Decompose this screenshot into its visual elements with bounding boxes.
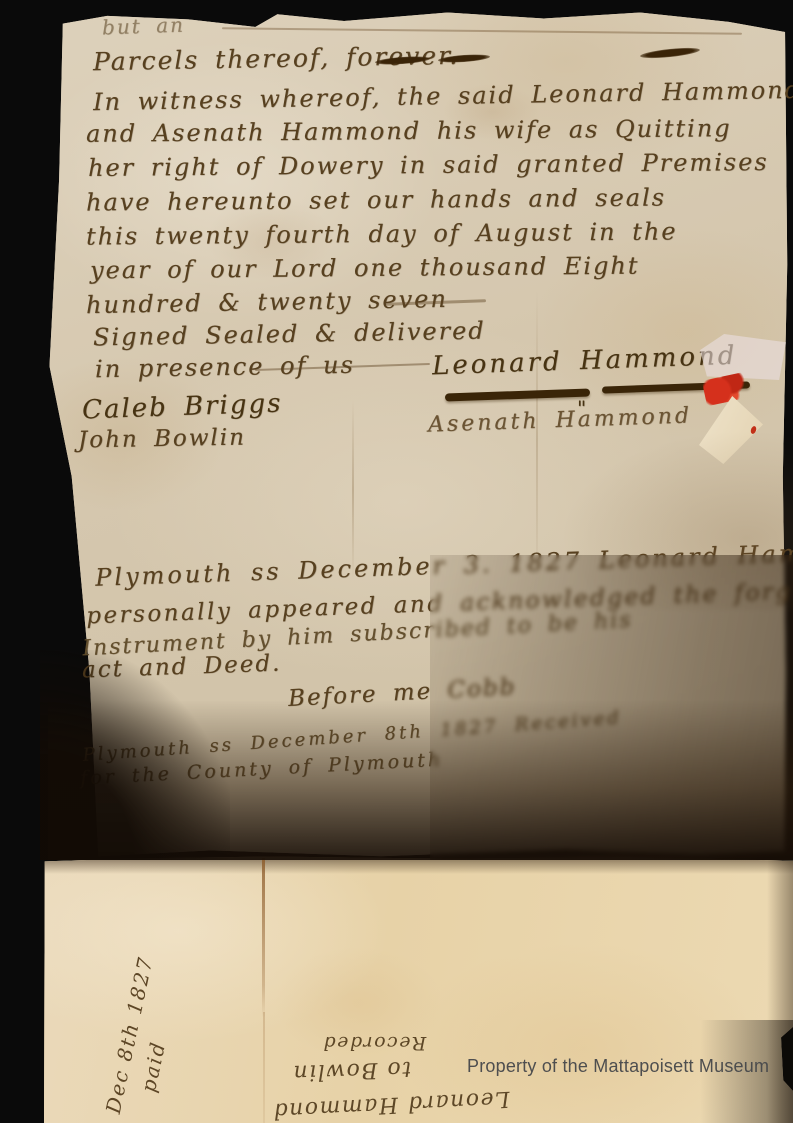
manuscript-line: but an xyxy=(102,13,186,40)
manuscript-line: this twenty fourth day of August in the xyxy=(86,217,678,250)
witness-john-bowlin: John Bowlin xyxy=(78,425,246,454)
paper-crease xyxy=(352,400,354,580)
endorsement-recorded: Recorded xyxy=(322,1032,426,1054)
fold-edge-shadow xyxy=(767,856,793,1123)
endorsement-grantee: to Bowlin xyxy=(292,1056,412,1085)
manuscript-line: year of our Lord one thousand Eight xyxy=(90,252,640,285)
paper-crease xyxy=(262,858,265,1018)
fold-edge-shadow xyxy=(44,856,793,874)
paper-crease xyxy=(536,290,538,590)
museum-photo-stage: but an Parcels thereof, forever. In witn… xyxy=(0,0,793,1123)
manuscript-line: her right of Dowery in said granted Prem… xyxy=(88,148,769,182)
manuscript-line: and Asenath Hammond his wife as Quitting xyxy=(86,114,732,148)
museum-watermark: Property of the Mattapoisett Museum xyxy=(467,1056,769,1077)
paper-crease xyxy=(263,1012,265,1123)
manuscript-line: have hereunto set our hands and seals xyxy=(86,183,666,216)
